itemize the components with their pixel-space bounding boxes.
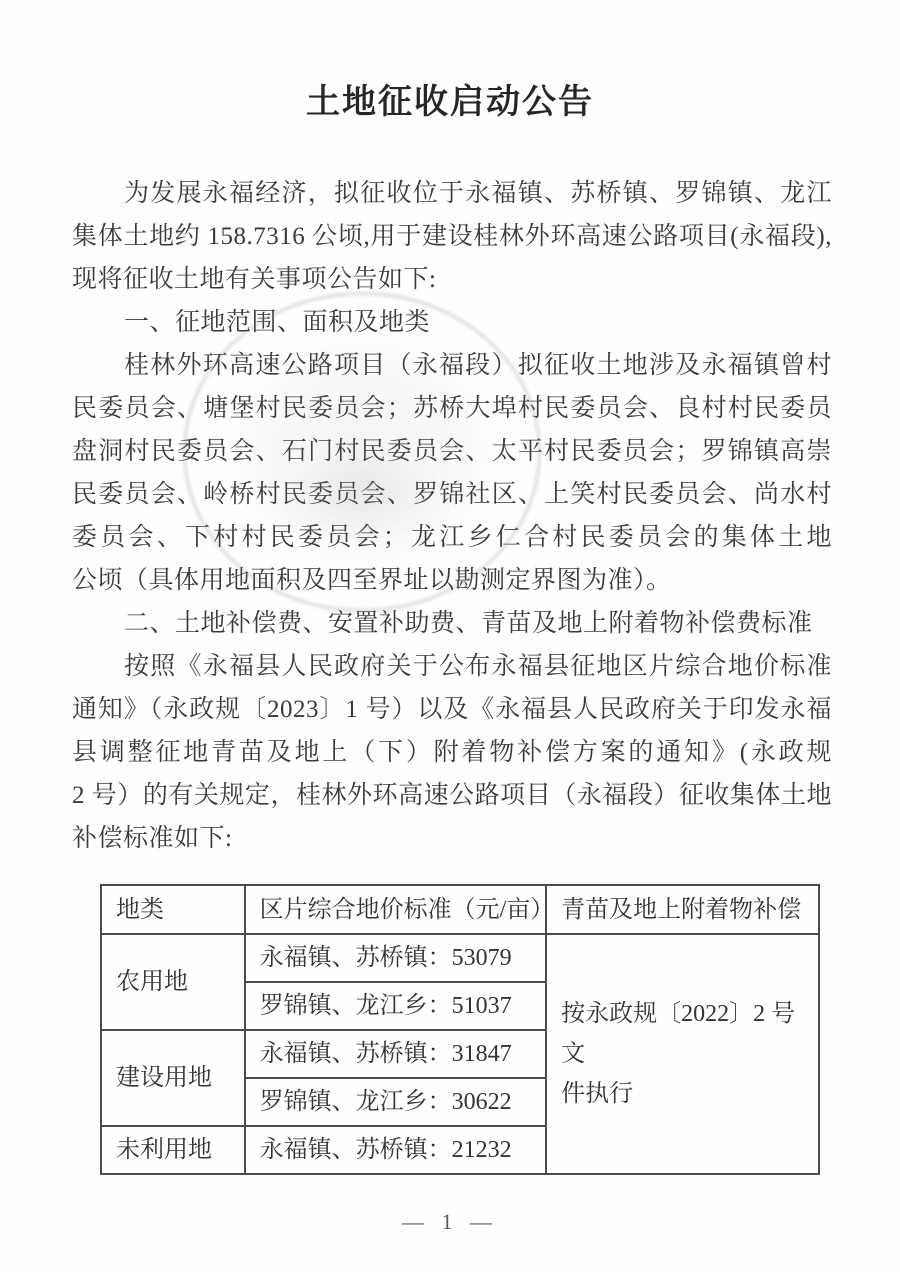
body-line: 2 号）的有关规定，桂林外环高速公路项目（永福段）征收集体土地 [72,774,832,817]
price-cell: 永福镇、苏桥镇：53079 [245,934,547,982]
body-line: 县调整征地青苗及地上（下）附着物补偿方案的通知》(永政规〔2022〕 [72,731,832,774]
price-cell: 永福镇、苏桥镇：21232 [245,1126,547,1174]
body-line: 按照《永福县人民政府关于公布永福县征地区片综合地价标准的 [72,645,832,688]
document-body: 为发展永福经济，拟征收位于永福镇、苏桥镇、罗锦镇、龙江乡 集体土地约 158.7… [72,172,832,860]
body-line: 公顷（具体用地面积及四至界址以勘测定界图为准）。 [72,559,832,602]
price-cell: 罗锦镇、龙江乡：30622 [245,1078,547,1126]
body-line: 桂林外环高速公路项目（永福段）拟征收土地涉及永福镇曾村村 [72,344,832,387]
body-line: 通知》（永政规〔2023〕1 号）以及《永福县人民政府关于印发永福 [72,688,832,731]
note-line: 按永政规〔2022〕2 号文 [561,994,818,1074]
section-heading-1: 一、征地范围、面积及地类 [72,301,832,344]
land-type-cell: 农用地 [101,934,245,1030]
table-header-row: 地类 区片综合地价标准（元/亩） 青苗及地上附着物补偿 [101,885,819,934]
document-page: 土地征收启动公告 为发展永福经济，拟征收位于永福镇、苏桥镇、罗锦镇、龙江乡 集体… [0,0,900,1272]
header-land-type: 地类 [101,885,245,934]
body-line: 委员会、下村村民委员会；龙江乡仁合村民委员会的集体土地 158.7316 [72,516,832,559]
header-price: 区片综合地价标准（元/亩） [245,885,547,934]
body-line: 民委员会、塘堡村民委员会；苏桥大埠村民委员会、良村村民委员会、 [72,387,832,430]
note-line: 件执行 [561,1074,818,1114]
body-line: 集体土地约 158.7316 公顷,用于建设桂林外环高速公路项目(永福段), [72,215,832,258]
price-cell: 永福镇、苏桥镇：31847 [245,1030,547,1078]
price-cell: 罗锦镇、龙江乡：51037 [245,982,547,1030]
land-type-cell: 未利用地 [101,1126,245,1174]
note-cell: 按永政规〔2022〕2 号文 件执行 [546,934,819,1174]
document-title: 土地征收启动公告 [0,80,900,126]
body-line: 为发展永福经济，拟征收位于永福镇、苏桥镇、罗锦镇、龙江乡 [72,172,832,215]
body-line: 盘洞村民委员会、石门村民委员会、太平村民委员会；罗锦镇高崇村 [72,430,832,473]
table-row: 农用地 永福镇、苏桥镇：53079 按永政规〔2022〕2 号文 件执行 [101,934,819,982]
body-line: 补偿标准如下: [72,817,832,860]
body-line: 现将征收土地有关事项公告如下: [72,258,832,301]
compensation-table: 地类 区片综合地价标准（元/亩） 青苗及地上附着物补偿 农用地 永福镇、苏桥镇：… [100,884,820,1175]
page-number: — 1 — [0,1209,900,1235]
body-line: 民委员会、岭桥村民委员会、罗锦社区、上笑村民委员会、尚水村民 [72,473,832,516]
header-attachment: 青苗及地上附着物补偿 [546,885,819,934]
land-type-cell: 建设用地 [101,1030,245,1126]
section-heading-2: 二、土地补偿费、安置补助费、青苗及地上附着物补偿费标准 [72,602,832,645]
